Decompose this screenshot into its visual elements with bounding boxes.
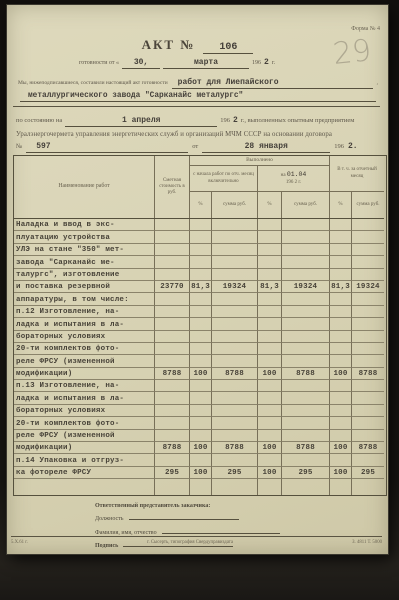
print-footer: 5.X.61 г. г. Сысерть, типография Свердуп…: [11, 540, 382, 545]
value-cell: [282, 343, 330, 355]
value-cell: [212, 219, 258, 231]
value-cell: [155, 269, 190, 281]
readiness-g: г.: [272, 60, 275, 66]
scanned-act-document: Форма № 4 29 АКТ № 106 готовности от « 3…: [7, 5, 388, 554]
value-cell: [212, 318, 258, 330]
col-sum-1: сумма руб.: [212, 192, 258, 218]
col-report-month: В т. ч. за отчетный месяц: [330, 156, 384, 192]
readiness-year-printed: 196: [252, 60, 261, 66]
status-year-typed: 2: [233, 116, 238, 125]
value-cell: [258, 318, 282, 330]
value-cell: [258, 293, 282, 305]
table-row: завода "Сарканайс ме-: [14, 256, 384, 268]
value-cell: [212, 405, 258, 417]
value-cell: [155, 219, 190, 231]
value-cell: 8788: [155, 442, 190, 454]
value-cell: 8788: [352, 442, 384, 454]
value-cell: 19324: [352, 281, 384, 293]
value-cell: [258, 219, 282, 231]
value-cell: [352, 454, 384, 466]
act-label: АКТ №: [142, 37, 196, 53]
value-cell: [212, 479, 258, 495]
value-cell: [330, 343, 352, 355]
status-year-printed: 196: [220, 117, 230, 124]
on-date-value: 01.04: [287, 171, 307, 178]
value-cell: [282, 405, 330, 417]
contract-number: 597: [26, 143, 188, 153]
work-name-cell: бораторных условиях: [14, 331, 155, 343]
value-cell: [330, 306, 352, 318]
value-cell: [282, 392, 330, 404]
position-blank: [129, 512, 239, 520]
value-cell: [352, 479, 384, 495]
value-cell: [190, 293, 212, 305]
value-cell: [282, 331, 330, 343]
value-cell: [352, 318, 384, 330]
value-cell: [330, 417, 352, 429]
value-cell: 81,3: [258, 281, 282, 293]
work-name-cell: п.13 Изготовление, на-: [14, 380, 155, 392]
value-cell: [352, 293, 384, 305]
footer-printer: г. Сысерть, типография Свердуправиздата: [147, 540, 233, 545]
value-cell: [212, 380, 258, 392]
table-row: ладка и испытания в ла-: [14, 318, 384, 330]
table-row: плуатацию устройства: [14, 231, 384, 243]
value-cell: [258, 269, 282, 281]
preamble-line: Мы, нижеподписавшиеся, составили настоящ…: [18, 79, 378, 89]
value-cell: [330, 355, 352, 367]
value-cell: [155, 231, 190, 243]
value-cell: [212, 331, 258, 343]
value-cell: [190, 380, 212, 392]
value-cell: 100: [330, 442, 352, 454]
footer-rule: [11, 536, 382, 537]
readiness-month: марта: [163, 59, 249, 69]
value-cell: [352, 331, 384, 343]
value-cell: [258, 256, 282, 268]
value-cell: [190, 392, 212, 404]
value-cell: 8788: [212, 442, 258, 454]
contract-year-typed: 2.: [348, 142, 358, 151]
value-cell: 8788: [352, 368, 384, 380]
value-cell: 23770: [155, 281, 190, 293]
value-cell: [190, 219, 212, 231]
value-cell: [190, 454, 212, 466]
col-pct-2: %: [258, 192, 282, 218]
value-cell: [282, 479, 330, 495]
work-name-cell: модификации): [14, 368, 155, 380]
value-cell: [190, 343, 212, 355]
work-name-cell: завода "Сарканайс ме-: [14, 256, 155, 268]
value-cell: [330, 293, 352, 305]
table-row: 20-ти комплектов фото-: [14, 343, 384, 355]
value-cell: [190, 231, 212, 243]
photo-of-document: { "doc": { "form_no": "Форма № 4", "act_…: [0, 0, 399, 600]
value-cell: [212, 343, 258, 355]
value-cell: [190, 244, 212, 256]
value-cell: [352, 306, 384, 318]
table-row: 20-ти комплектов фото-: [14, 417, 384, 429]
value-cell: [258, 417, 282, 429]
name-label: Фамилия, имя, отчество: [95, 530, 157, 536]
value-cell: [282, 293, 330, 305]
value-cell: [258, 231, 282, 243]
value-cell: [282, 454, 330, 466]
table-row: модификации)8788100878810087881008788: [14, 442, 384, 454]
value-cell: [155, 430, 190, 442]
status-date: 1 апреля: [65, 117, 217, 127]
value-cell: [258, 430, 282, 442]
on-date-top: на 01.04: [281, 171, 307, 179]
value-cell: [212, 306, 258, 318]
value-cell: [212, 392, 258, 404]
work-name-cell: п.12 Изготовление, на-: [14, 306, 155, 318]
value-cell: [155, 355, 190, 367]
value-cell: [155, 256, 190, 268]
value-cell: [212, 269, 258, 281]
value-cell: [190, 355, 212, 367]
table-header: Наименование работ Сметная стоимость в р…: [14, 156, 384, 219]
value-cell: 100: [258, 467, 282, 479]
value-cell: [190, 417, 212, 429]
value-cell: [155, 306, 190, 318]
status-date-line: по состоянию на 1 апреля 196 2 г., выпол…: [16, 116, 382, 127]
work-name-cell: реле ФРСУ (измененной: [14, 430, 155, 442]
value-cell: [330, 405, 352, 417]
value-cell: 295: [282, 467, 330, 479]
value-cell: [330, 380, 352, 392]
value-cell: [330, 430, 352, 442]
table-row: бораторных условиях: [14, 405, 384, 417]
status-label: по состоянию на: [16, 117, 62, 124]
value-cell: [282, 380, 330, 392]
table-row: бораторных условиях: [14, 331, 384, 343]
value-cell: 295: [352, 467, 384, 479]
value-cell: [258, 244, 282, 256]
value-cell: [330, 219, 352, 231]
signature-position-row: Должность: [95, 512, 280, 522]
value-cell: [282, 256, 330, 268]
value-cell: [352, 269, 384, 281]
value-cell: 100: [190, 467, 212, 479]
readiness-label: готовности от «: [79, 60, 119, 66]
value-cell: 8788: [282, 368, 330, 380]
preamble-printed: Мы, нижеподписавшиеся, составили настоящ…: [18, 80, 168, 86]
value-cell: [190, 269, 212, 281]
value-cell: [282, 231, 330, 243]
value-cell: [352, 256, 384, 268]
value-cell: [352, 244, 384, 256]
value-cell: [190, 405, 212, 417]
col-estimate: Сметная стоимость в руб.: [155, 156, 190, 218]
col-from-start: с начала работ по отч. месяц включительн…: [190, 166, 258, 192]
value-cell: 100: [258, 368, 282, 380]
value-cell: [155, 244, 190, 256]
works-table: Наименование работ Сметная стоимость в р…: [13, 155, 387, 496]
signature-name-row: Фамилия, имя, отчество: [95, 526, 280, 536]
col-group-done: Выполнено: [190, 156, 330, 166]
value-cell: [155, 331, 190, 343]
act-number: 106: [203, 42, 253, 54]
work-name-cell: Наладка и ввод в экс-: [14, 219, 155, 231]
readiness-day: 30,: [122, 59, 160, 69]
value-cell: [190, 318, 212, 330]
value-cell: 295: [155, 467, 190, 479]
value-cell: [282, 430, 330, 442]
value-cell: [155, 293, 190, 305]
work-name-cell: талургс", изготовление: [14, 269, 155, 281]
value-cell: [352, 392, 384, 404]
value-cell: [282, 417, 330, 429]
value-cell: [352, 380, 384, 392]
value-cell: [155, 318, 190, 330]
footer-order: З. 4811 Т. 5000: [352, 540, 382, 545]
value-cell: [258, 392, 282, 404]
position-label: Должность: [95, 516, 124, 522]
value-cell: 81,3: [330, 281, 352, 293]
value-cell: [352, 231, 384, 243]
work-name-cell: 20-ти комплектов фото-: [14, 343, 155, 355]
table-row: ка фотореле ФРСУ295100295100295100295: [14, 467, 384, 479]
value-cell: [282, 318, 330, 330]
work-name-cell: и поставка резервной: [14, 281, 155, 293]
signature-title: Ответственный представитель заказчика:: [95, 503, 280, 509]
value-cell: [330, 269, 352, 281]
plant-name-line: металлургического завода "Сарканайс мета…: [20, 92, 376, 102]
value-cell: [212, 430, 258, 442]
name-blank: [162, 526, 280, 534]
table-body: Наладка и ввод в экс-плуатацию устройств…: [14, 219, 384, 495]
status-post: г., выполненных опытным предприятием: [241, 117, 355, 124]
value-cell: [330, 454, 352, 466]
contract-line: № 597 от 28 января 196 2.: [16, 142, 380, 153]
value-cell: 19324: [212, 281, 258, 293]
value-cell: [258, 331, 282, 343]
col-sum-3: сумма руб.: [352, 192, 384, 218]
value-cell: [352, 405, 384, 417]
value-cell: [190, 479, 212, 495]
value-cell: [212, 231, 258, 243]
work-name-cell: реле ФРСУ (измененной: [14, 355, 155, 367]
value-cell: [212, 355, 258, 367]
value-cell: [352, 430, 384, 442]
value-cell: [155, 479, 190, 495]
value-cell: [155, 392, 190, 404]
contract-no-label: №: [16, 143, 22, 150]
value-cell: 100: [330, 368, 352, 380]
work-name-cell: ка фотореле ФРСУ: [14, 467, 155, 479]
col-work-name: Наименование работ: [14, 156, 155, 218]
value-cell: [155, 405, 190, 417]
organization-line: Уралэнергочермета управления энергетичес…: [16, 131, 382, 138]
value-cell: [330, 256, 352, 268]
value-cell: [212, 244, 258, 256]
work-name-cell: модификации): [14, 442, 155, 454]
table-row: и поставка резервной2377081,31932481,319…: [14, 281, 384, 293]
form-number: Форма № 4: [351, 26, 380, 32]
table-row: реле ФРСУ (измененной: [14, 355, 384, 367]
value-cell: [155, 417, 190, 429]
value-cell: [155, 454, 190, 466]
work-name-cell: п.14 Упаковка и отгруз-: [14, 454, 155, 466]
work-name-cell: аппаратуры, в том числе:: [14, 293, 155, 305]
value-cell: 100: [190, 442, 212, 454]
value-cell: [258, 405, 282, 417]
value-cell: [282, 244, 330, 256]
readiness-date-line: готовности от « 30, марта 196 2 г.: [79, 58, 275, 69]
value-cell: 8788: [282, 442, 330, 454]
work-name-cell: плуатацию устройства: [14, 231, 155, 243]
value-cell: [282, 355, 330, 367]
col-pct-1: %: [190, 192, 212, 218]
table-row: п.12 Изготовление, на-: [14, 306, 384, 318]
on-date-pre: на: [281, 173, 286, 178]
work-name-cell: бораторных условиях: [14, 405, 155, 417]
table-row: [14, 479, 384, 495]
col-on-date: на 01.04 196 2 г.: [258, 166, 330, 192]
value-cell: [155, 380, 190, 392]
value-cell: [352, 355, 384, 367]
table-row: ладка и испытания в ла-: [14, 392, 384, 404]
contract-year-printed: 196: [334, 143, 344, 150]
value-cell: [330, 231, 352, 243]
value-cell: [352, 417, 384, 429]
footer-date: 5.X.61 г.: [11, 540, 28, 545]
col-pct-3: %: [330, 192, 352, 218]
value-cell: [258, 454, 282, 466]
value-cell: [282, 269, 330, 281]
value-cell: [282, 306, 330, 318]
blank-ruled-line: [13, 106, 380, 107]
readiness-year-typed: 2: [264, 58, 269, 67]
value-cell: 295: [212, 467, 258, 479]
value-cell: [155, 343, 190, 355]
value-cell: [190, 430, 212, 442]
value-cell: [330, 331, 352, 343]
table-row: реле ФРСУ (измененной: [14, 430, 384, 442]
act-title-line: АКТ № 106: [7, 37, 388, 54]
value-cell: [212, 293, 258, 305]
value-cell: 8788: [212, 368, 258, 380]
value-cell: [330, 479, 352, 495]
value-cell: 100: [258, 442, 282, 454]
value-cell: [330, 392, 352, 404]
value-cell: [212, 454, 258, 466]
value-cell: [330, 244, 352, 256]
preamble-comma: ,: [377, 80, 378, 86]
value-cell: [352, 219, 384, 231]
value-cell: 8788: [155, 368, 190, 380]
on-date-year: 196 2 г.: [286, 180, 301, 186]
value-cell: [212, 417, 258, 429]
value-cell: [190, 256, 212, 268]
value-cell: 100: [190, 368, 212, 380]
value-cell: 81,3: [190, 281, 212, 293]
value-cell: [352, 343, 384, 355]
contract-ot-label: от: [192, 143, 198, 150]
value-cell: 19324: [282, 281, 330, 293]
value-cell: [330, 318, 352, 330]
contract-date: 28 января: [202, 143, 330, 153]
table-row: п.13 Изготовление, на-: [14, 380, 384, 392]
work-name-cell: ладка и испытания в ла-: [14, 318, 155, 330]
col-sum-2: сумма руб.: [282, 192, 330, 218]
table-row: аппаратуры, в том числе:: [14, 293, 384, 305]
table-row: модификации)8788100878810087881008788: [14, 368, 384, 380]
table-row: талургс", изготовление: [14, 269, 384, 281]
work-name-cell: УЛЭ на стане "350" мет-: [14, 244, 155, 256]
value-cell: [258, 380, 282, 392]
value-cell: [190, 331, 212, 343]
table-row: УЛЭ на стане "350" мет-: [14, 244, 384, 256]
value-cell: [258, 343, 282, 355]
signature-block: Ответственный представитель заказчика: Д…: [95, 503, 280, 553]
value-cell: 100: [330, 467, 352, 479]
value-cell: [190, 306, 212, 318]
work-name-cell: ладка и испытания в ла-: [14, 392, 155, 404]
work-name-cell: [14, 479, 155, 495]
value-cell: [258, 355, 282, 367]
value-cell: [282, 219, 330, 231]
table-row: Наладка и ввод в экс-: [14, 219, 384, 231]
work-name-cell: 20-ти комплектов фото-: [14, 417, 155, 429]
preamble-typed: работ для Лиепайского: [172, 79, 373, 89]
value-cell: [258, 306, 282, 318]
table-row: п.14 Упаковка и отгруз-: [14, 454, 384, 466]
value-cell: [258, 479, 282, 495]
value-cell: [212, 256, 258, 268]
